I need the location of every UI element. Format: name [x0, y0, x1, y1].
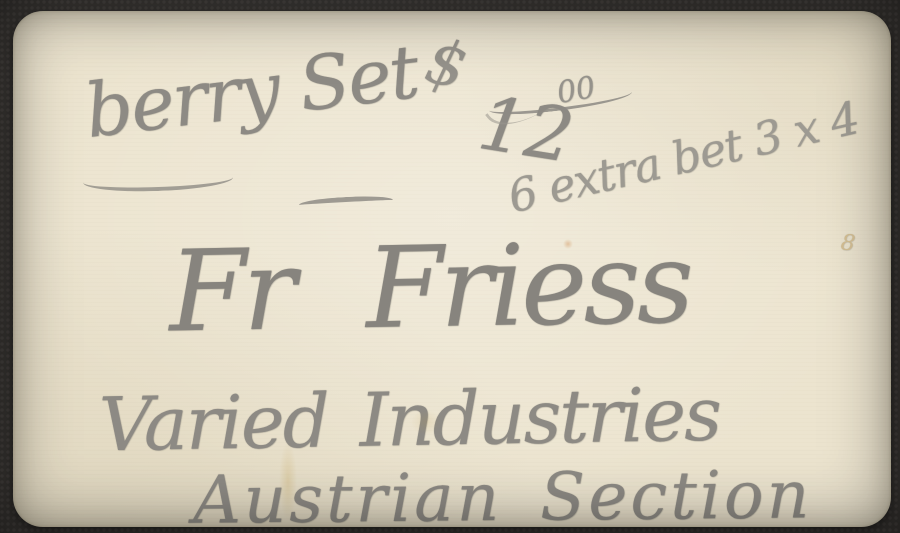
photo-backdrop: { "card": { "price_line": { "item": "ber… [0, 0, 900, 533]
note-card: berry Set $ 12 00 6 extra bet 3 x 4 Fr F… [13, 11, 891, 527]
dollar-sign-text: $ [419, 23, 475, 103]
department-text: Varied Industries [98, 372, 720, 469]
price-cents-text: 00 [554, 70, 598, 111]
stray-mark-text: 8 [839, 230, 856, 257]
item-underline-stroke [83, 166, 234, 193]
name-text: Fr Friess [168, 218, 691, 357]
item-name-text: berry Set [81, 29, 422, 155]
dash-stroke [299, 195, 393, 211]
section-text: Austrian Section [193, 456, 813, 533]
